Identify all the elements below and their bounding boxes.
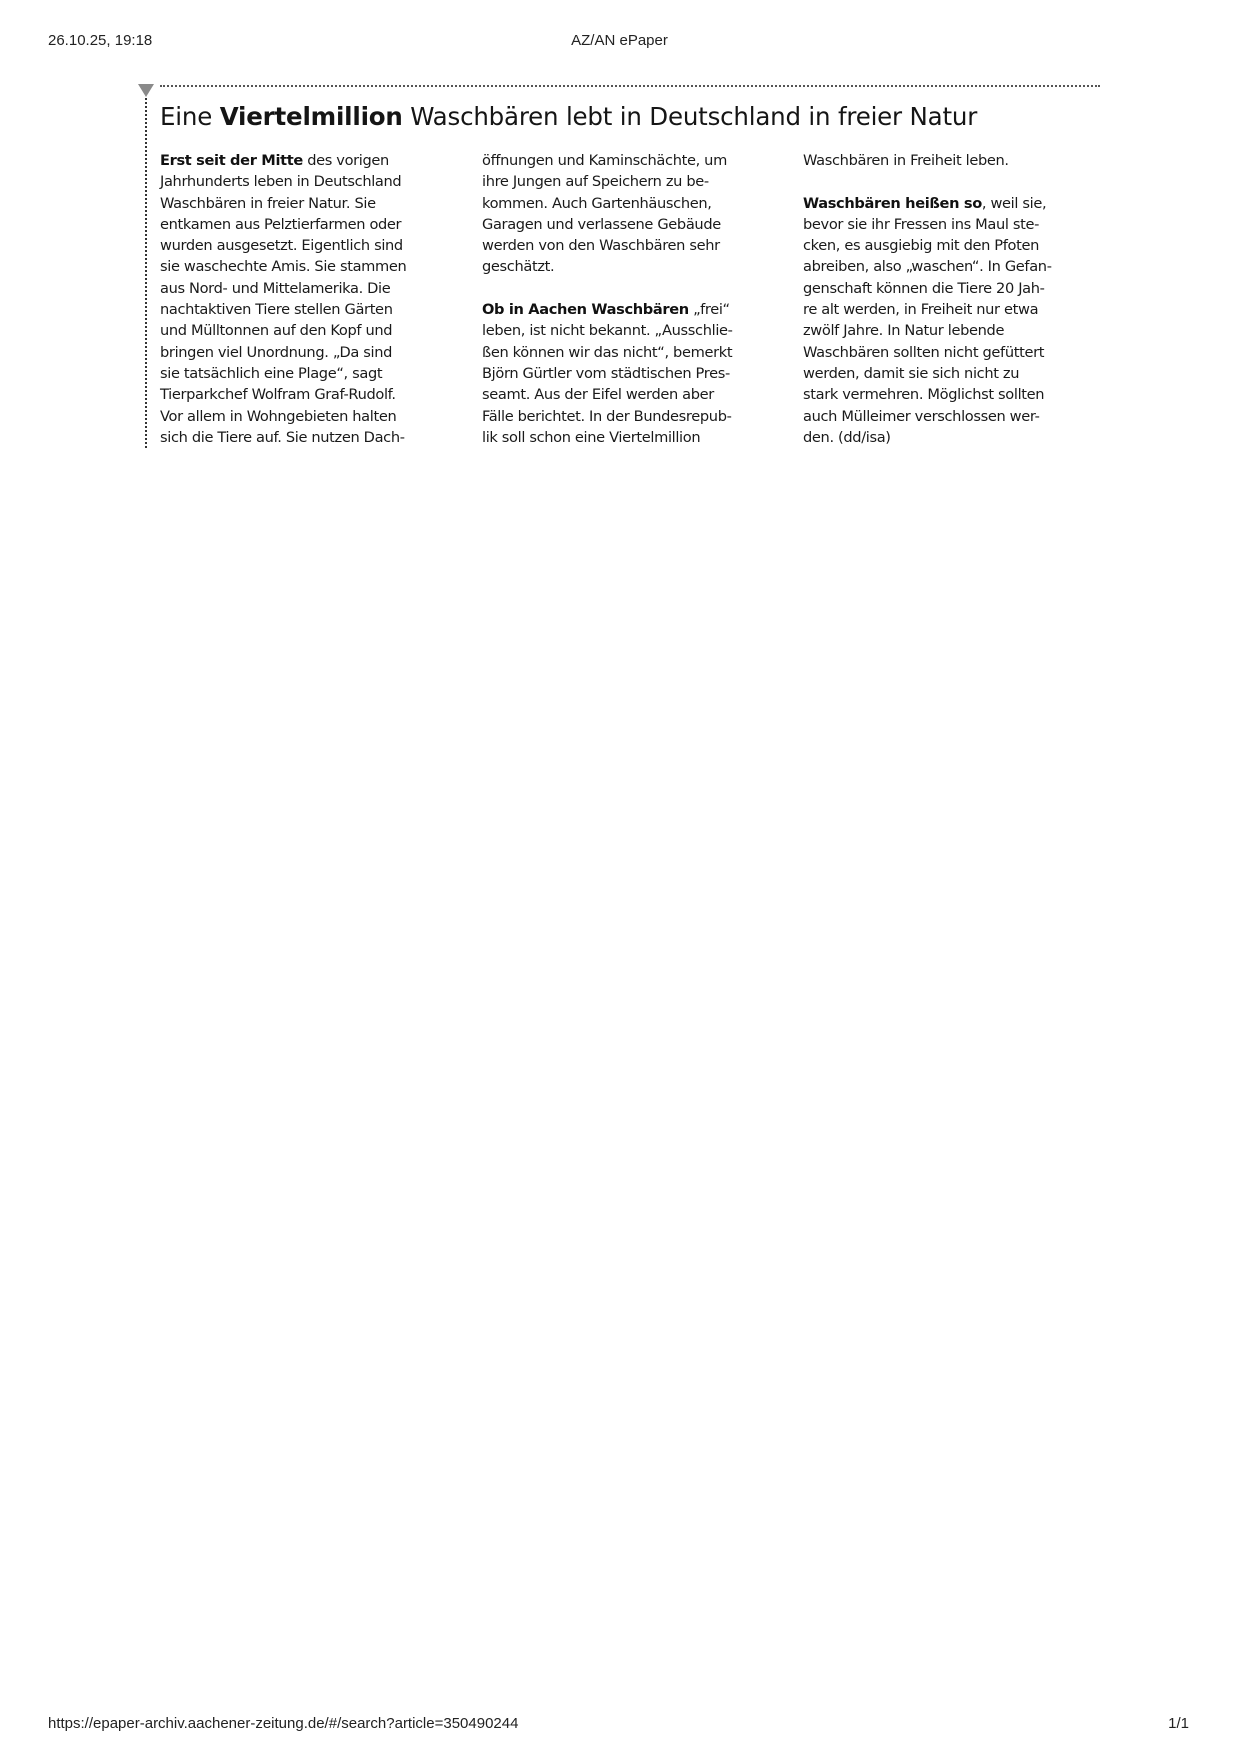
text-line: genschaft können die Tiere 20 Jah- (803, 278, 1103, 299)
text-line: Fälle berichtet. In der Bundesrepub- (482, 406, 782, 427)
text-line: Waschbären sollten nicht gefüttert (803, 342, 1103, 363)
text-line: werden von den Waschbären sehr (482, 235, 782, 256)
text-line: lik soll schon eine Viertelmillion (482, 427, 782, 448)
text-line: werden, damit sie sich nicht zu (803, 363, 1103, 384)
text-line: Ob in Aachen Waschbären „frei“ (482, 299, 782, 320)
text-line: geschätzt. (482, 256, 782, 277)
paragraph: Waschbären heißen so, weil sie, bevor si… (803, 193, 1103, 449)
headline-suffix: Waschbären lebt in Deutschland in freier… (403, 102, 977, 131)
text-line: ßen können wir das nicht“, bemerkt (482, 342, 782, 363)
text-line: öffnungen und Kaminschächte, um (482, 150, 782, 171)
top-dotted-rule (160, 85, 1100, 87)
text-line: Garagen und verlassene Gebäude (482, 214, 782, 235)
text-line: wurden ausgesetzt. Eigentlich sind (160, 235, 460, 256)
text-line: Björn Gürtler vom städtischen Pres- (482, 363, 782, 384)
article-column-1: Erst seit der Mitte des vorigen Jahrhund… (160, 150, 460, 448)
article-headline: Eine Viertelmillion Waschbären lebt in D… (160, 102, 977, 131)
text-line: leben, ist nicht bekannt. „Ausschlie- (482, 320, 782, 341)
text-line: Tierparkchef Wolfram Graf-Rudolf. (160, 384, 460, 405)
text-line: auch Mülleimer verschlossen wer- (803, 406, 1103, 427)
text-line: zwölf Jahre. In Natur lebende (803, 320, 1103, 341)
source-url: https://epaper-archiv.aachener-zeitung.d… (48, 1715, 518, 1732)
text-line: Waschbären heißen so, weil sie, (803, 193, 1103, 214)
paragraph-lead: Waschbären heißen so (803, 195, 982, 212)
text-line: Erst seit der Mitte des vorigen (160, 150, 460, 171)
paragraph: Ob in Aachen Waschbären „frei“ leben, is… (482, 299, 782, 448)
paragraph-lead: Erst seit der Mitte (160, 152, 303, 169)
text-line: Vor allem in Wohngebieten halten (160, 406, 460, 427)
paragraph: Erst seit der Mitte des vorigen Jahrhund… (160, 150, 460, 448)
text-line: den. (dd/isa) (803, 427, 1103, 448)
text-line: abreiben, also „waschen“. In Gefan- (803, 256, 1103, 277)
text-line: kommen. Auch Gartenhäuschen, (482, 193, 782, 214)
text-line: cken, es ausgiebig mit den Pfoten (803, 235, 1103, 256)
triangle-marker-icon (138, 84, 154, 97)
text-line: re alt werden, in Freiheit nur etwa (803, 299, 1103, 320)
text-line: Jahrhunderts leben in Deutschland (160, 171, 460, 192)
article-column-2: öffnungen und Kaminschächte, um ihre Jun… (482, 150, 782, 448)
text-line: und Mülltonnen auf den Kopf und (160, 320, 460, 341)
text-line: sie waschechte Amis. Sie stammen (160, 256, 460, 277)
paragraph: Waschbären in Freiheit leben. (803, 150, 1103, 171)
article-column-3: Waschbären in Freiheit leben. Waschbären… (803, 150, 1103, 448)
article: Eine Viertelmillion Waschbären lebt in D… (136, 80, 1106, 460)
text-line: nachtaktiven Tiere stellen Gärten (160, 299, 460, 320)
headline-prefix: Eine (160, 102, 220, 131)
side-dotted-rule (145, 98, 147, 448)
text-line: Waschbären in Freiheit leben. (803, 150, 1103, 171)
page-number: 1/1 (1168, 1715, 1189, 1732)
text-line: entkamen aus Pelztierfarmen oder (160, 214, 460, 235)
text-line: Waschbären in freier Natur. Sie (160, 193, 460, 214)
text-line: sich die Tiere auf. Sie nutzen Dach- (160, 427, 460, 448)
paragraph-lead: Ob in Aachen Waschbären (482, 301, 689, 318)
text-line: seamt. Aus der Eifel werden aber (482, 384, 782, 405)
paragraph: öffnungen und Kaminschächte, um ihre Jun… (482, 150, 782, 278)
print-page-title: AZ/AN ePaper (0, 32, 1239, 49)
text-line: aus Nord- und Mittelamerika. Die (160, 278, 460, 299)
text-line: ihre Jungen auf Speichern zu be- (482, 171, 782, 192)
text-line: bevor sie ihr Fressen ins Maul ste- (803, 214, 1103, 235)
print-footer: https://epaper-archiv.aachener-zeitung.d… (0, 1715, 1239, 1735)
print-header: 26.10.25, 19:18 AZ/AN ePaper (0, 32, 1239, 52)
headline-bold: Viertelmillion (220, 102, 403, 131)
text-line: sie tatsächlich eine Plage“, sagt (160, 363, 460, 384)
text-line: stark vermehren. Möglichst sollten (803, 384, 1103, 405)
text-line: bringen viel Unordnung. „Da sind (160, 342, 460, 363)
